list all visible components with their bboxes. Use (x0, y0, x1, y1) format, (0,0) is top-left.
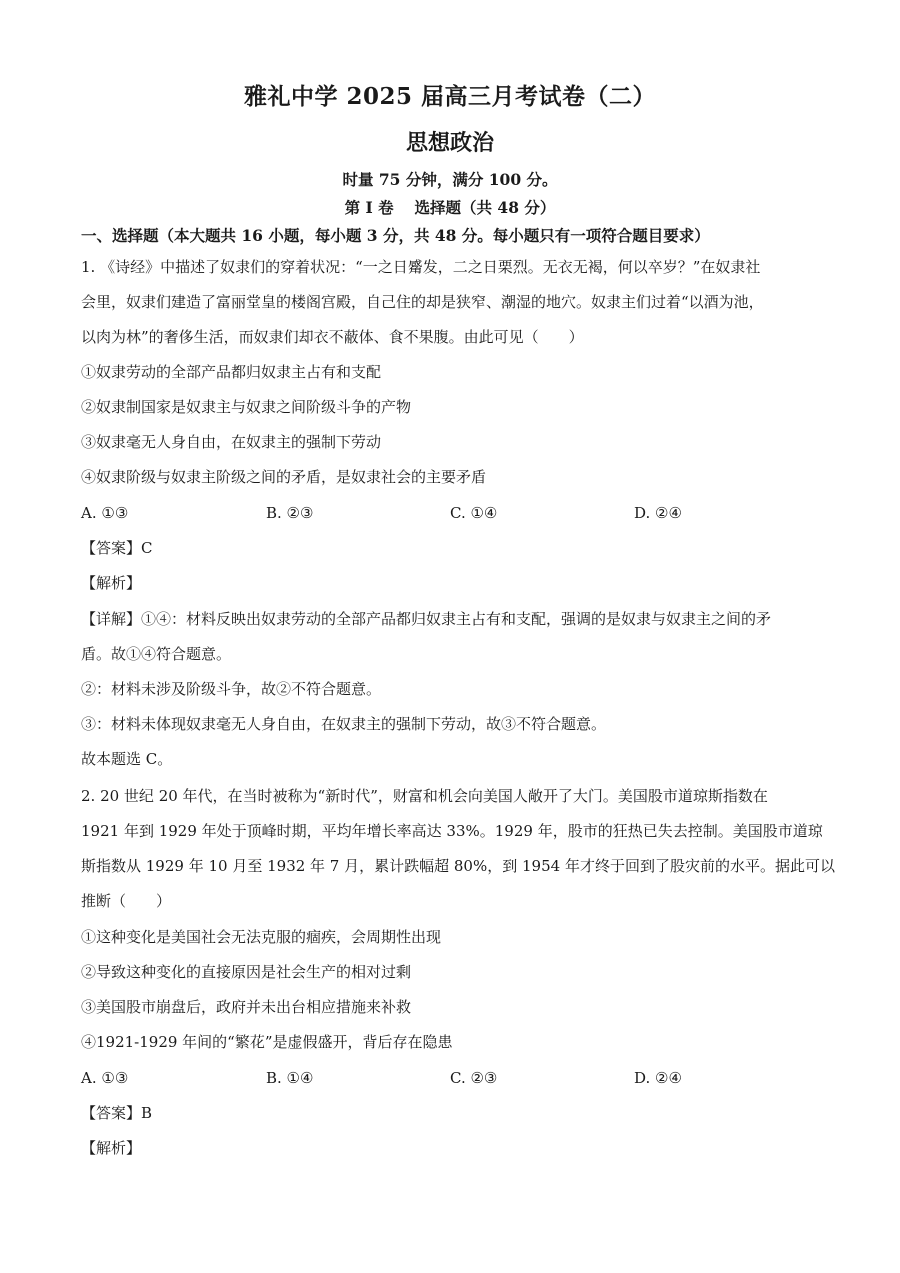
option-b: B. ②③ (266, 503, 313, 523)
statement: ②导致这种变化的直接原因是社会生产的相对过剩 (81, 962, 411, 982)
question-stem-line: 以肉为林”的奢侈生活，而奴隶们却衣不蔽体、食不果腹。由此可见（ ） (81, 327, 584, 347)
statement: ④1921-1929 年间的“繁花”是虚假盛开，背后存在隐患 (81, 1032, 453, 1052)
explanation-line: ②：材料未涉及阶级斗争，故②不符合题意。 (81, 679, 381, 699)
section-heading: 一、选择题（本大题共 16 小题，每小题 3 分，共 48 分。每小题只有一项符… (81, 224, 710, 246)
exam-title: 雅礼中学 2025 届高三月考试卷（二） (0, 78, 900, 111)
answer: 【答案】C (81, 538, 152, 558)
explanation-line: ③：材料未体现奴隶毫无人身自由，在奴隶主的强制下劳动，故③不符合题意。 (81, 714, 606, 734)
question-stem-line: 斯指数从 1929 年 10 月至 1932 年 7 月，累计跌幅超 80%，到… (81, 856, 835, 876)
statement: ①奴隶劳动的全部产品都归奴隶主占有和支配 (81, 362, 381, 382)
question-stem-line: 推断（ ） (81, 891, 171, 911)
statement: ③奴隶毫无人身自由，在奴隶主的强制下劳动 (81, 432, 381, 452)
option-b: B. ①④ (266, 1068, 313, 1088)
question-stem-line: 1. 《诗经》中描述了奴隶们的穿着状况：“一之日觱发，二之日栗烈。无衣无褐，何以… (81, 257, 760, 277)
statement: ②奴隶制国家是奴隶主与奴隶之间阶级斗争的产物 (81, 397, 411, 417)
option-a: A. ①③ (81, 1068, 128, 1088)
explanation-line: 盾。故①④符合题意。 (81, 644, 231, 664)
question-stem-line: 会里，奴隶们建造了富丽堂皇的楼阁宫殿，自己住的却是狭窄、潮湿的地穴。奴隶主们过着… (81, 292, 764, 312)
option-c: C. ①④ (450, 503, 497, 523)
explanation-line: 【详解】①④：材料反映出奴隶劳动的全部产品都归奴隶主占有和支配，强调的是奴隶与奴… (81, 609, 771, 629)
exam-subject: 思想政治 (0, 126, 900, 157)
exam-page: 雅礼中学 2025 届高三月考试卷（二） 思想政治 时量 75 分钟，满分 10… (0, 0, 900, 1273)
answer: 【答案】B (81, 1103, 152, 1123)
option-d: D. ②④ (634, 1068, 682, 1088)
analysis-label: 【解析】 (81, 1138, 141, 1158)
option-a: A. ①③ (81, 503, 128, 523)
question-stem-line: 2. 20 世纪 20 年代，在当时被称为“新时代”，财富和机会向美国人敞开了大… (81, 786, 768, 806)
question-stem-line: 1921 年到 1929 年处于顶峰时期，平均年增长率高达 33%。1929 年… (81, 821, 823, 841)
option-d: D. ②④ (634, 503, 682, 523)
statement: ①这种变化是美国社会无法克服的痼疾，会周期性出现 (81, 927, 441, 947)
exam-meta: 时量 75 分钟，满分 100 分。 (0, 168, 900, 190)
statement: ③美国股市崩盘后，政府并未出台相应措施来补救 (81, 997, 411, 1017)
statement: ④奴隶阶级与奴隶主阶级之间的矛盾，是奴隶社会的主要矛盾 (81, 467, 486, 487)
volume-heading: 第 I 卷 选择题（共 48 分） (0, 196, 900, 218)
explanation-line: 故本题选 C。 (81, 749, 172, 769)
option-c: C. ②③ (450, 1068, 497, 1088)
analysis-label: 【解析】 (81, 573, 141, 593)
